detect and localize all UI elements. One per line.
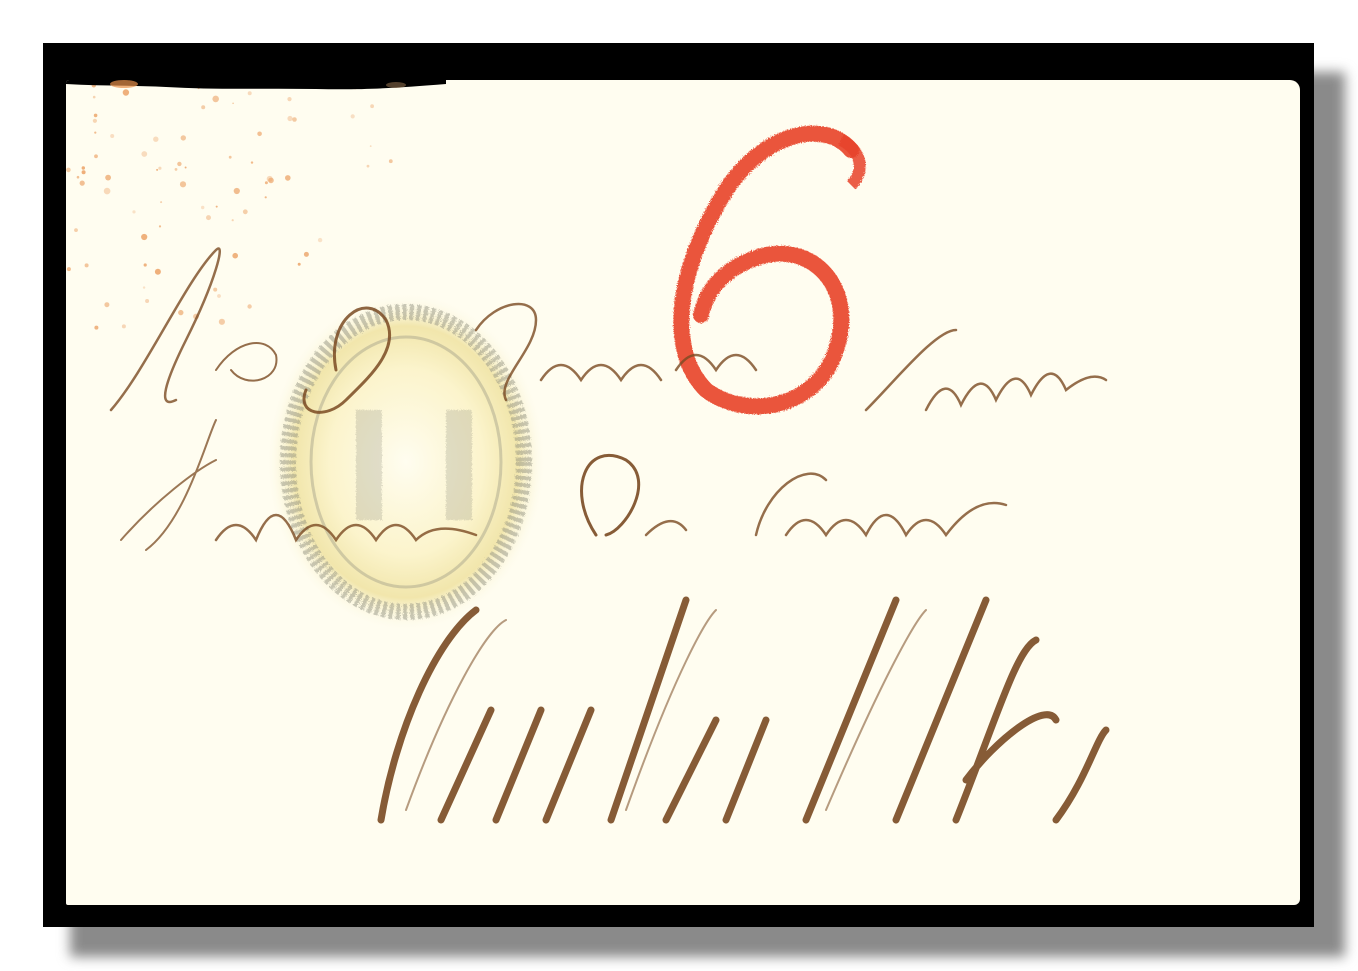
rate-marking-6 bbox=[681, 134, 859, 407]
torn-flap-edge bbox=[66, 80, 446, 94]
cover-markings bbox=[66, 80, 1300, 905]
postal-cover bbox=[66, 80, 1300, 905]
postmark bbox=[266, 292, 546, 632]
address-handwriting bbox=[111, 248, 1106, 820]
